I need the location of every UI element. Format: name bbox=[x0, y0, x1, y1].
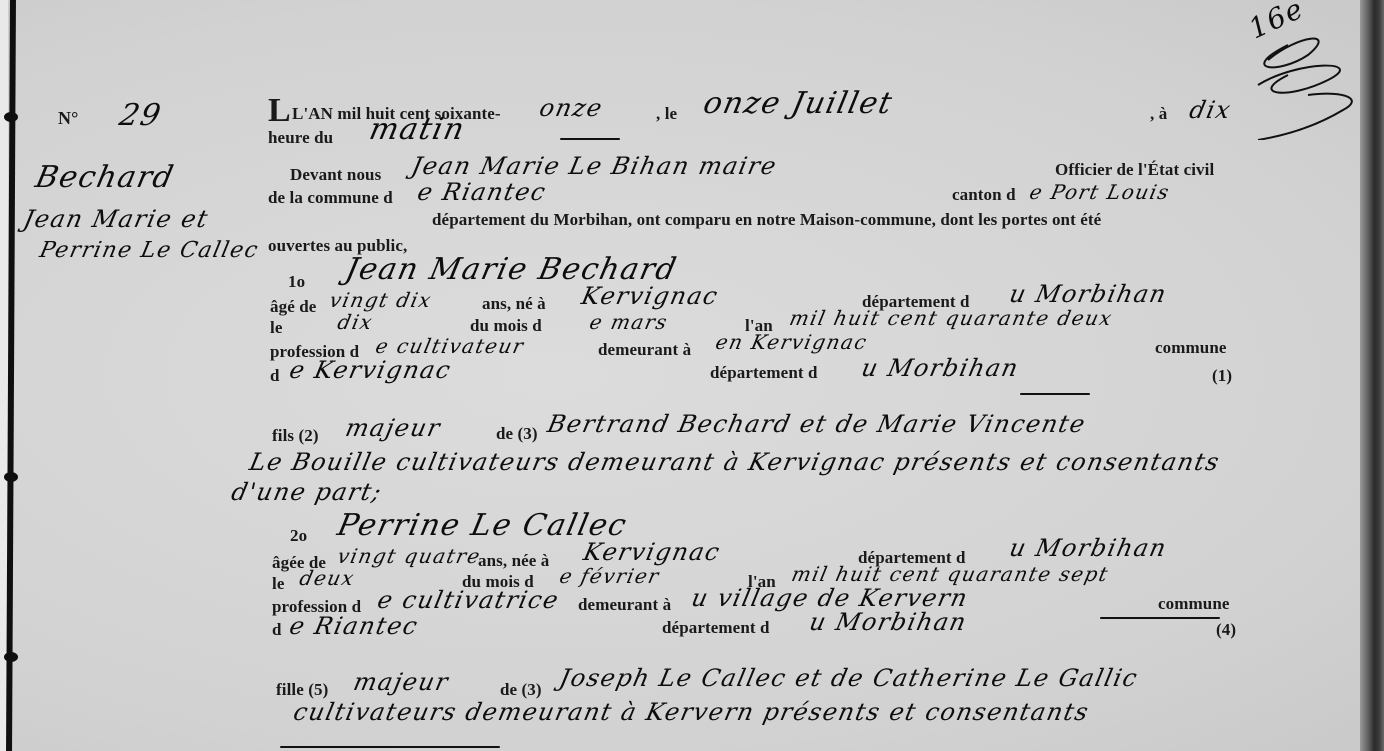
bride-number: 2o bbox=[290, 526, 307, 546]
groom-day-handwritten: dix bbox=[335, 310, 375, 334]
header-a: , à bbox=[1150, 104, 1167, 124]
groom-parents-handwritten-1: Bertrand Bechard et de Marie Vincente bbox=[545, 410, 1089, 438]
fils-label: fils (2) bbox=[272, 426, 319, 446]
bride-day-handwritten: deux bbox=[297, 566, 357, 590]
groom-parents-label: de (3) bbox=[496, 424, 538, 444]
canton-label: canton d bbox=[952, 185, 1016, 205]
groom-le-label: le bbox=[270, 318, 282, 338]
bride-status-handwritten: majeur bbox=[351, 668, 452, 696]
bride-residence-label: demeurant à bbox=[578, 595, 671, 615]
bride-birthplace-handwritten: Kervignac bbox=[581, 538, 723, 566]
bride-month-handwritten: e février bbox=[557, 564, 662, 588]
binding-knot bbox=[4, 112, 18, 122]
canton-handwritten: e Port Louis bbox=[1027, 180, 1172, 204]
groom-residence-handwritten: en Kervignac bbox=[713, 330, 869, 354]
binding-knot bbox=[4, 652, 18, 662]
act-number: 29 bbox=[116, 98, 165, 133]
margin-surname: Bechard bbox=[32, 160, 177, 195]
department-line: département du Morbihan, ont comparu en … bbox=[432, 210, 1101, 230]
devant-nous-label: Devant nous bbox=[290, 165, 381, 185]
bride-le-label: le bbox=[272, 574, 284, 594]
groom-residence-label: demeurant à bbox=[598, 340, 691, 360]
groom-number: 1o bbox=[288, 272, 305, 292]
time-of-day-handwritten: matin bbox=[366, 112, 468, 147]
groom-commune-label: commune bbox=[1155, 338, 1227, 358]
groom-dept-handwritten: u Morbihan bbox=[1007, 280, 1170, 308]
header-le: , le bbox=[656, 104, 677, 124]
filler-dash bbox=[560, 138, 620, 140]
bride-dept-handwritten: u Morbihan bbox=[1007, 534, 1170, 562]
bride-profession-handwritten: e cultivatrice bbox=[375, 586, 562, 614]
act-number-label: N° bbox=[58, 108, 78, 129]
commune-handwritten: e Riantec bbox=[415, 178, 549, 206]
signature-flourish-icon bbox=[1228, 0, 1368, 140]
bride-parents-handwritten-2: cultivateurs demeurant à Kervern présent… bbox=[291, 698, 1092, 726]
year-handwritten: onze bbox=[537, 94, 606, 122]
register-page: 16e N° 29 Bechard Jean Marie et Perrine … bbox=[0, 0, 1384, 751]
bride-commune-handwritten: e Riantec bbox=[287, 612, 421, 640]
groom-dept2-handwritten: u Morbihan bbox=[859, 354, 1022, 382]
drop-cap: L bbox=[268, 94, 291, 128]
header-line2: heure du bbox=[268, 128, 333, 148]
filler-dash bbox=[1020, 393, 1090, 395]
groom-month-label: du mois d bbox=[470, 316, 542, 336]
groom-commune-handwritten: e Kervignac bbox=[287, 356, 454, 384]
groom-parents-handwritten-2: Le Bouille cultivateurs demeurant à Kerv… bbox=[247, 448, 1223, 476]
fille-label: fille (5) bbox=[276, 680, 328, 700]
bride-parents-label: de (3) bbox=[500, 680, 542, 700]
hour-handwritten: dix bbox=[1187, 96, 1234, 124]
groom-status-handwritten: majeur bbox=[343, 414, 444, 442]
filler-dash bbox=[280, 746, 500, 748]
bride-parents-handwritten-1: Joseph Le Callec et de Catherine Le Gall… bbox=[557, 664, 1141, 692]
groom-parents-handwritten-3: d'une part; bbox=[229, 478, 385, 506]
groom-age-label: âgé de bbox=[270, 297, 316, 317]
margin-bride-name: Perrine Le Callec bbox=[37, 238, 261, 263]
groom-year-handwritten: mil huit cent quarante deux bbox=[787, 306, 1115, 330]
groom-footnote: (1) bbox=[1212, 366, 1232, 386]
margin-groom-name: Jean Marie et bbox=[21, 205, 211, 233]
commune-label: de la commune d bbox=[268, 188, 393, 208]
filler-dash bbox=[1100, 617, 1220, 619]
officer-name-handwritten: Jean Marie Le Bihan maire bbox=[409, 152, 780, 180]
groom-profession-handwritten: e cultivateur bbox=[373, 334, 526, 358]
groom-month-handwritten: e mars bbox=[587, 310, 670, 334]
date-handwritten: onze Juillet bbox=[700, 86, 896, 121]
bride-dept2-handwritten: u Morbihan bbox=[807, 608, 970, 636]
groom-birthplace-handwritten: Kervignac bbox=[579, 282, 721, 310]
binding-knot bbox=[4, 472, 18, 482]
groom-dept2-label: département d bbox=[710, 363, 818, 383]
bride-dept2-label: département d bbox=[662, 618, 770, 638]
officer-label: Officier de l'État civil bbox=[1055, 160, 1214, 180]
bride-footnote: (4) bbox=[1216, 620, 1236, 640]
bride-commune-label: commune bbox=[1158, 594, 1230, 614]
bride-age-handwritten: vingt quatre bbox=[335, 544, 483, 568]
groom-born-label: ans, né à bbox=[482, 294, 546, 314]
bride-born-label: ans, née à bbox=[478, 551, 549, 571]
bride-d-label: d bbox=[272, 620, 282, 640]
bride-year-handwritten: mil huit cent quarante sept bbox=[789, 562, 1111, 586]
groom-d-label: d bbox=[270, 366, 280, 386]
groom-age-handwritten: vingt dix bbox=[327, 288, 434, 312]
